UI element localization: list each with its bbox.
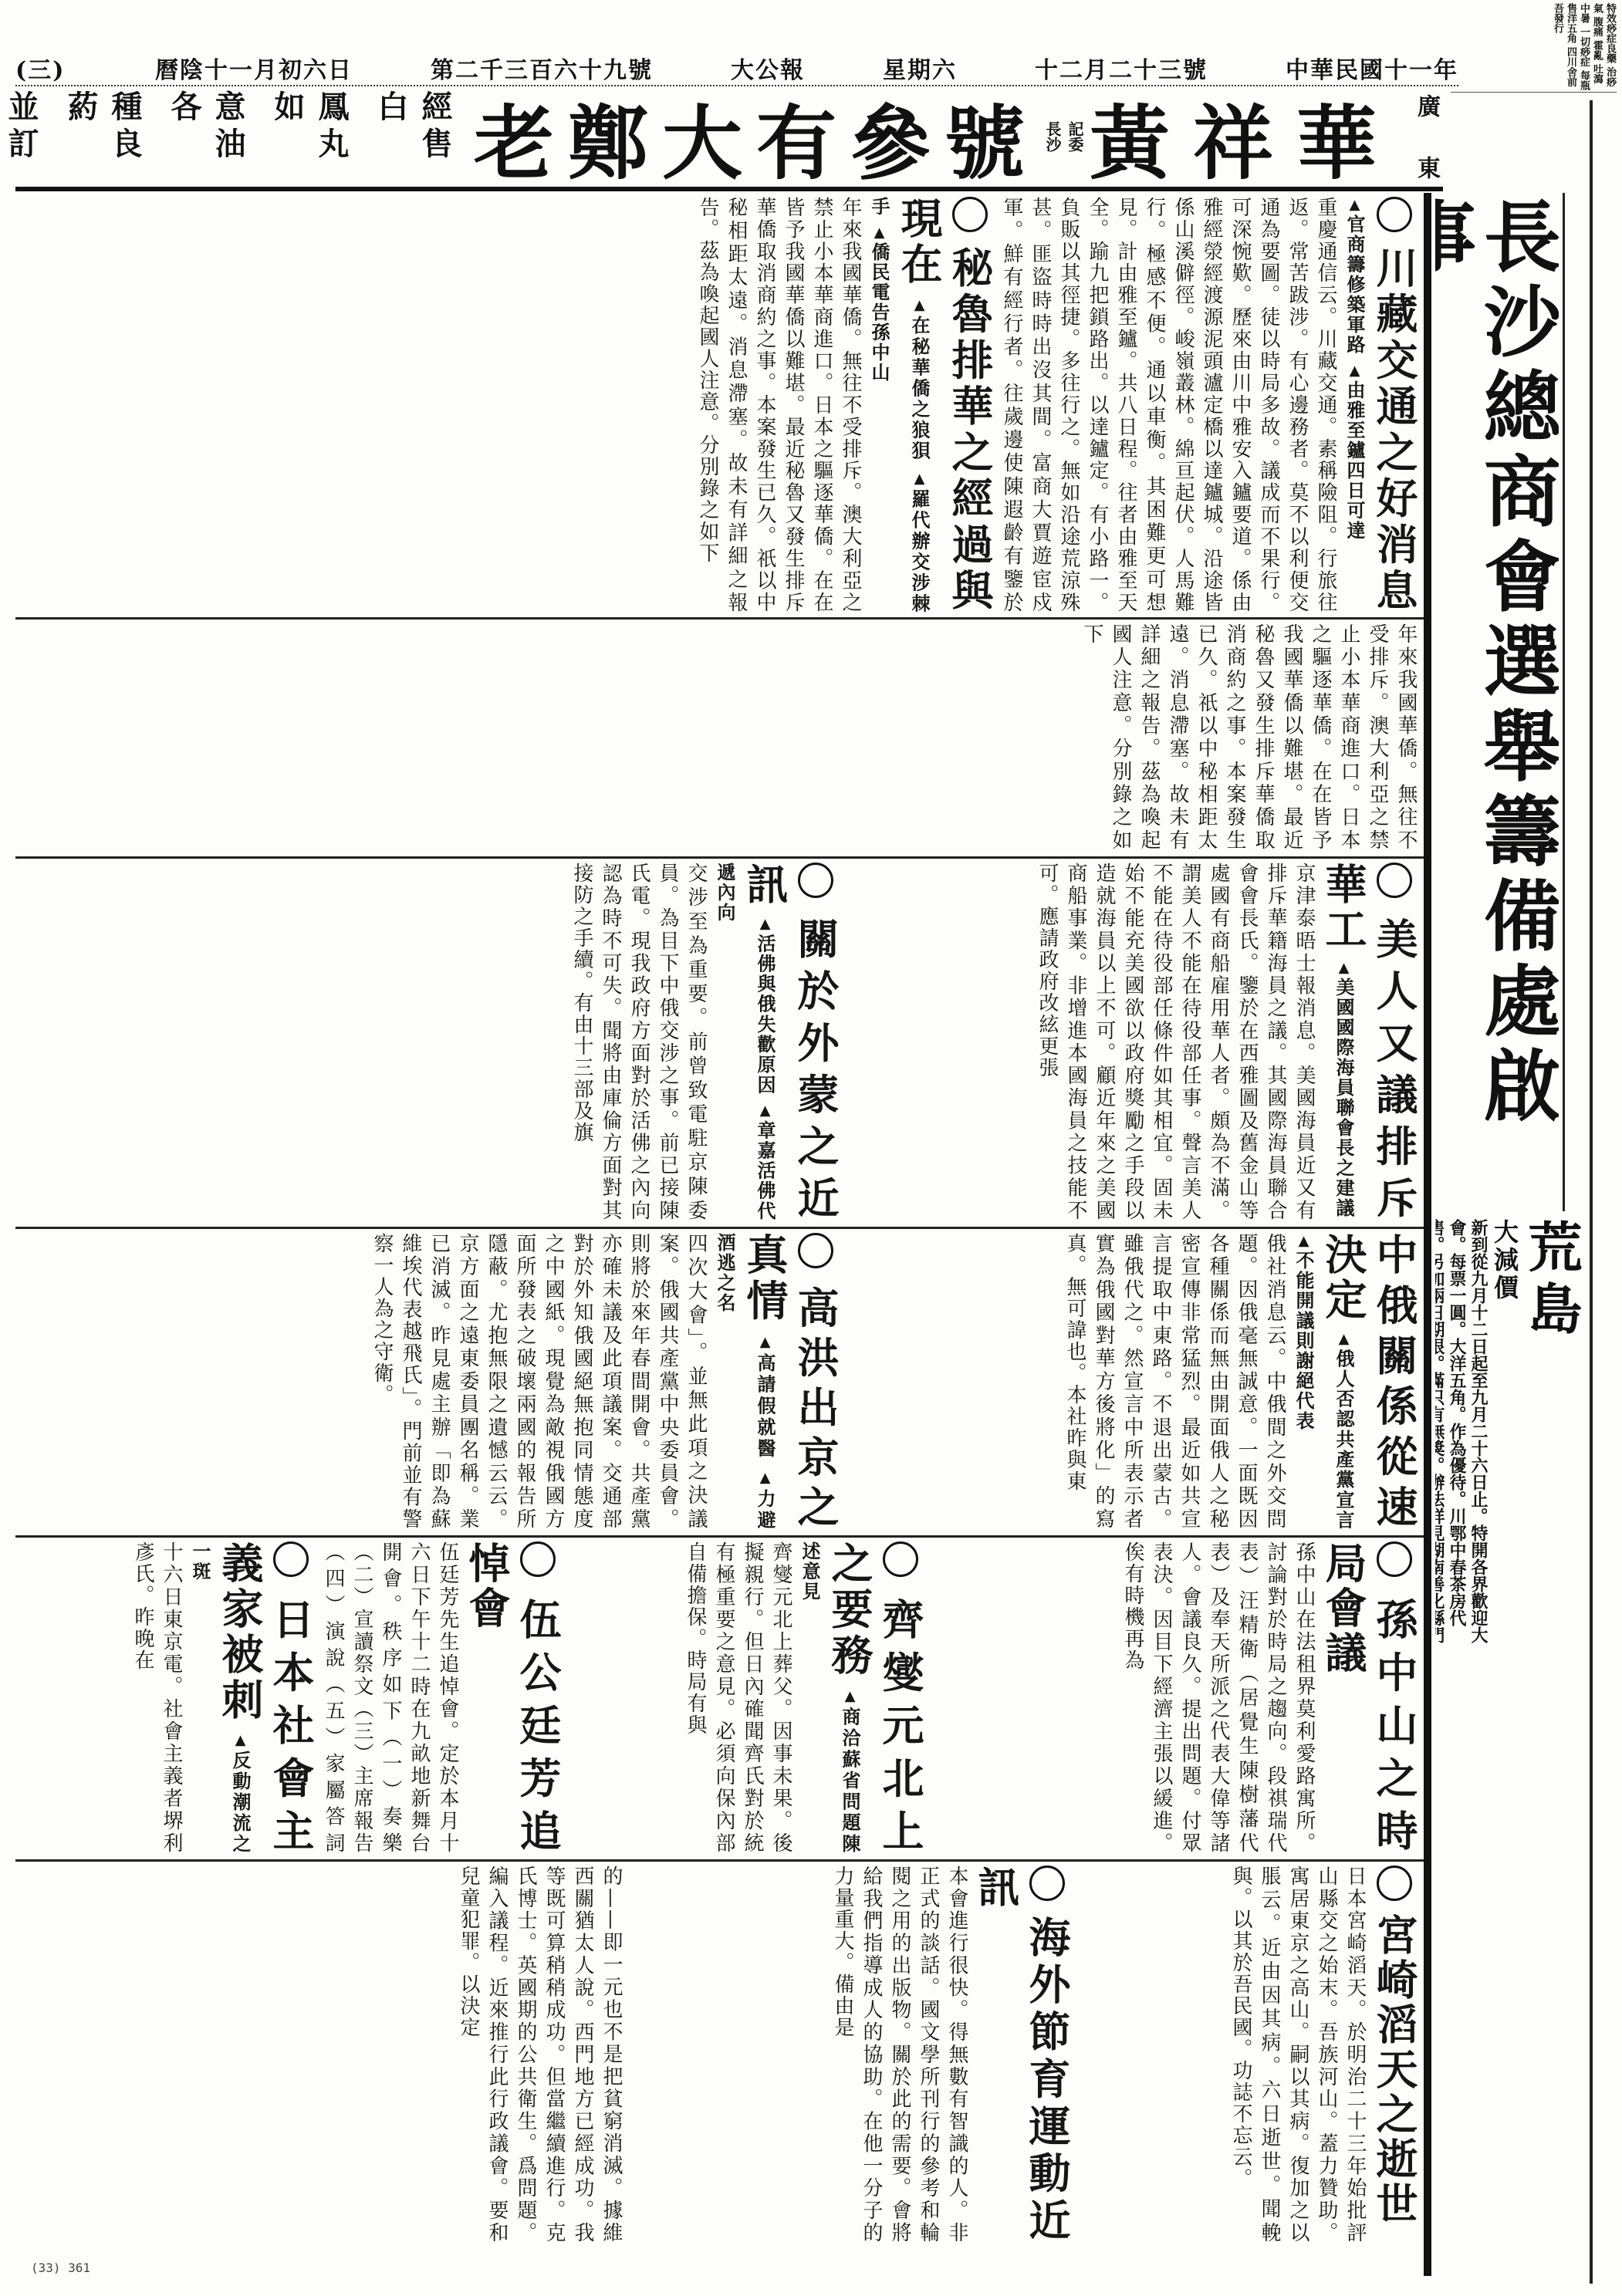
article-subtitle: 不能開議則謝絕代表 <box>1293 1233 1315 1431</box>
article-body: 齊燮元北上葬父。因事未果。後擬親行。但日內確聞齊氏對於統有極重要之意見。必須向保… <box>681 1541 795 1854</box>
notice-headline: 長沙總商會選舉籌備處啟事 <box>1435 197 1559 1200</box>
banner-column: 並訂定 <box>0 90 43 183</box>
banner-column: 種良葯 <box>59 90 147 183</box>
banner-side-label: 廣 東 <box>1409 94 1443 179</box>
article-subtitle: 官商籌修築軍路 <box>1343 197 1366 355</box>
circle-marker-icon <box>273 1541 309 1577</box>
banner-column: 鳳丸如 <box>265 90 353 183</box>
article-qi: 齊燮元北上之要務 商洽蘇省問題陳述意見 齊燮元北上葬父。因事未果。後擬親行。但日… <box>571 1541 926 1854</box>
article-continuation: 年來我國華僑。無往不受排斥。澳大利亞之禁止小本華商進口。日本之驅逐華僑。在在皆予… <box>15 623 1420 851</box>
circle-marker-icon <box>520 1541 556 1577</box>
article-headline: 海外節育運動近訊 <box>972 1865 1072 2244</box>
article-body: 孫中山在法租界莫利愛路寓所。討論對於時局之趨向。段祺瑞代表）汪精衛（居覺生陳樹藩… <box>1118 1541 1318 1854</box>
note-small: 記委 <box>1066 121 1084 152</box>
article-body: 本會進行很快。得無數有智識的人。非正式的談話。國文學所刊行的參考和輪閱之用的出版… <box>828 1865 971 2244</box>
article-body: 十六日東京電。社會主義者堺利彥氏。昨晚在 <box>128 1541 185 1854</box>
circle-marker-icon <box>1377 863 1412 898</box>
banner-ad: 廣 東 黃祥華 記委 長沙 老鄭大有參號 經售白 鳳丸如 意油各 種良葯 並訂定… <box>15 86 1443 191</box>
article-subtitle: 俄人否認共產黨宣言 <box>1333 1331 1355 1530</box>
page-number: (三) <box>15 51 77 85</box>
row-divider <box>15 1535 1424 1538</box>
article-subtitle: 僑民電告孫中山 <box>868 225 890 383</box>
banner-brand2: 老鄭大有參號 <box>474 79 1039 194</box>
circle-marker-icon <box>798 1233 833 1268</box>
scan-marks: (33) 361 <box>31 2261 90 2275</box>
circle-marker-icon <box>883 1541 918 1577</box>
article-mongolia: 關於外蒙之近訊 活佛與俄失歡原因 章嘉活佛代遞內向 交涉至為重要。前曾致電駐京陳… <box>15 863 841 1221</box>
banner-note: 記委 長沙 <box>1042 121 1086 152</box>
row-divider <box>15 617 1424 620</box>
banner-column: 經售白 <box>369 90 457 183</box>
location-small: 長沙 <box>1043 121 1062 152</box>
article-body: 重慶通信云。川藏交通。素稱險阻。行旅往返。常苦跋涉。有心邊務者。莫不以利便交通為… <box>1003 197 1340 613</box>
article-body: 交涉至為重要。前曾致電駐京陳委員。為目下中俄交涉之事。前已接陳氏電。現我政府方面… <box>567 863 710 1221</box>
column-divider <box>1563 193 1565 1211</box>
page-edge <box>1590 100 1622 2284</box>
row-divider <box>15 856 1424 859</box>
banner-column: 意油各 <box>162 90 250 183</box>
brand2-name: 老鄭大有參號 <box>474 79 1039 194</box>
article-body: 京津泰晤士報消息。美國海員近又有排斥華籍海員之議。其國際海員聯合會會長氏。鑒於在… <box>1032 863 1318 1221</box>
lunar-date: 曆陰十一月初六日 <box>155 51 353 85</box>
article-overseas: 海外節育運動近訊 本會進行很快。得無數有智識的人。非正式的談話。國文學所刊行的參… <box>633 1865 1073 2244</box>
article-headline: 川藏交通之好消息 <box>1370 246 1419 613</box>
article-body: 俄社消息云。中俄間之外交問題。因俄毫無誠意。一面既因各種關係而無由開面俄人之秘密… <box>1060 1233 1289 1530</box>
right-ad: 荒島 大減價 新到從九月十二日起至九月二十六日止。特開各界歡迎大會。每票一圓。大… <box>1435 1219 1582 1651</box>
article-headline: 宮崎滔天之逝世 <box>1370 1913 1419 2227</box>
banner-brand: 黃祥華 <box>1090 79 1400 194</box>
side-label-bottom: 東 <box>1409 156 1443 179</box>
article-subtitle: 在秘華僑之狼狽 <box>908 297 931 462</box>
article-russia: 中俄關係從速決定 俄人否認共產黨宣言 不能開議則謝絕代表 俄社消息云。中俄間之外… <box>849 1233 1420 1530</box>
article-sun: 孫中山之時局會議 孫中山在法租界莫利愛路寓所。討論對於時局之趨向。段祺瑞代表）汪… <box>934 1541 1420 1854</box>
ad-body: 新到從九月十二日起至九月二十六日止。特開各界歡迎大會。每票一圓。大洋五角。作為優… <box>1435 1219 1489 1651</box>
circle-marker-icon <box>1377 1541 1412 1577</box>
article-body: 四次大會」。並無此項之決議案。俄國共產黨中央委員會。則將於來年春間開會。共產黨亦… <box>367 1233 710 1530</box>
banner-columns: 經售白 鳳丸如 意油各 種良葯 並訂定 由該號 黏貼 字商標 以杜假 冒 <box>0 90 465 183</box>
brand-name: 黃祥華 <box>1090 79 1400 194</box>
article-body: 伍廷芳先生追悼會。定於本月十六日下午十二時在九畝地新舞台開會。秩序如下（一）奏樂… <box>324 1541 461 1854</box>
article-americans: 美人又議排斥華工 美國國際海員聯會長之建議 京津泰晤士報消息。美國海員近又有排斥… <box>849 863 1420 1221</box>
article-body: 年來我國華僑。無往不受排斥。澳大利亞之禁止小本華商進口。日本之驅逐華僑。在在皆予… <box>693 197 864 613</box>
row-divider <box>15 1859 1424 1862</box>
article-miyazaki: 宮崎滔天之逝世 日本宮崎滔天。於明治二十三年始批評山縣交之始末。吾族河山。蓋力贊… <box>1080 1865 1420 2244</box>
article-hong: 高洪出京之真情 高請假就醫 力避酒逃之名 四次大會」。並無此項之決議案。俄國共產… <box>15 1233 841 1530</box>
election-notice: 長沙總商會選舉籌備處啟事 縣議會聯合會啟事 本會定於本月二十五日午前十時假定長沙… <box>1435 197 1559 1200</box>
article-subtitle: 活佛與俄失歡原因 <box>754 916 776 1095</box>
corner-ad: 特效痧症良藥 治痧氣 腹痛 霍亂 吐瀉 中暑 一切痧症 每瓶售洋五角 四川舍前吾… <box>1451 3 1617 93</box>
column-divider <box>1424 193 1431 2276</box>
ad-headline: 荒島 <box>1520 1219 1582 1651</box>
circle-marker-icon <box>798 863 833 898</box>
circle-marker-icon <box>1377 197 1412 232</box>
row-divider <box>15 1227 1424 1229</box>
circle-marker-icon <box>1377 1865 1412 1901</box>
article-body: 的——即一元也不是把貧窮消滅。據維西關猶太人說。西門地方已經成功。我等既可算稍稍… <box>454 1865 625 2244</box>
circle-marker-icon <box>1029 1865 1065 1901</box>
article-subtitle: 美國國際海員聯會長之建議 <box>1333 960 1355 1218</box>
article-body: 年來我國華僑。無往不受排斥。澳大利亞之禁止小本華商進口。日本之驅逐華僑。在在皆予… <box>1077 623 1420 851</box>
article-headline: 孫中山之時局會議 <box>1319 1541 1419 1854</box>
article-subtitle: 由雅至鑪四日可達 <box>1343 363 1366 541</box>
article-subtitle: 高請假就醫 <box>754 1334 776 1460</box>
article-lecture: 的——即一元也不是把貧窮消滅。據維西關猶太人說。西門地方已經成功。我等既可算稍稍… <box>15 1865 625 2244</box>
article-japan-socialist: 日本社會主義家被刺 反動潮流之一斑 十六日東京電。社會主義者堺利彥氏。昨晚在 <box>15 1541 316 1854</box>
side-label-top: 廣 <box>1409 94 1443 117</box>
article-headline: 伍公廷芳追悼會 <box>462 1541 563 1854</box>
ad-subheadline: 大減價 <box>1489 1219 1520 1651</box>
article-body: 日本宮崎滔天。於明治二十三年始批評山縣交之始末。吾族河山。蓋力贊助。寓居東京之高… <box>1226 1865 1369 2244</box>
newspaper-page: (三) 曆陰十一月初六日 第二千三百六十九號 大公報 星期六 十二月二十三號 中… <box>0 0 1622 2296</box>
article-chuan-zang: 川藏交通之好消息 官商籌修築軍路 由雅至鑪四日可達 重慶通信云。川藏交通。素稱險… <box>1003 197 1420 613</box>
article-peru: 秘魯排華之經過與現在 在秘華僑之狼狽 羅代辦交涉棘手 僑民電告孫中山 年來我國華… <box>15 197 995 613</box>
article-wu: 伍公廷芳追悼會 伍廷芳先生追悼會。定於本月十六日下午十二時在九畝地新舞台開會。秩… <box>324 1541 563 1854</box>
circle-marker-icon <box>952 197 988 232</box>
